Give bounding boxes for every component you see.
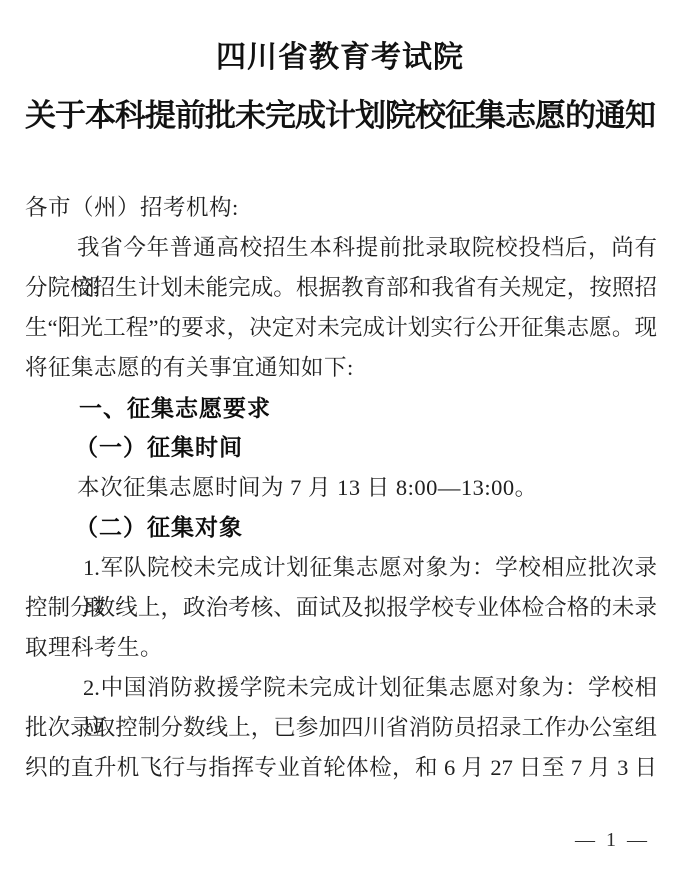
document-body: 各市（州）招考机构: 我省今年普通高校招生本科提前批录取院校投档后，尚有部 分院…: [25, 188, 657, 788]
paragraph-line: 我省今年普通高校招生本科提前批录取院校投档后，尚有部: [25, 228, 657, 268]
paragraph-line: 分院校招生计划未能完成。根据教育部和我省有关规定，按照招: [25, 268, 657, 308]
paragraph-line: 批次录取控制分数线上，已参加四川省消防员招录工作办公室组: [25, 708, 657, 748]
paragraph-line: 织的直升机飞行与指挥专业首轮体检，和 6 月 27 日至 7 月 3 日: [25, 748, 657, 788]
salutation-line: 各市（州）招考机构:: [25, 188, 657, 228]
paragraph-line: 控制分数线上，政治考核、面试及拟报学校专业体检合格的未录: [25, 588, 657, 628]
sub-heading: （二）征集对象: [25, 508, 657, 548]
paragraph-line: 本次征集志愿时间为 7 月 13 日 8:00—13:00。: [25, 468, 657, 508]
paragraph-line: 将征集志愿的有关事宜通知如下:: [25, 348, 657, 388]
page-number: — 1 —: [575, 826, 650, 854]
paragraph-line: 取理科考生。: [25, 628, 657, 668]
sub-heading: （一）征集时间: [25, 428, 657, 468]
numbered-paragraph-line: 2.中国消防救援学院未完成计划征集志愿对象为：学校相应: [25, 668, 657, 708]
document-page: 四川省教育考试院 关于本科提前批未完成计划院校征集志愿的通知 各市（州）招考机构…: [0, 0, 680, 874]
document-title: 四川省教育考试院: [0, 38, 680, 78]
section-heading: 一、征集志愿要求: [25, 388, 657, 428]
numbered-paragraph-line: 1.军队院校未完成计划征集志愿对象为：学校相应批次录取: [25, 548, 657, 588]
paragraph-line: 生“阳光工程”的要求，决定对未完成计划实行公开征集志愿。现: [25, 308, 657, 348]
document-subtitle: 关于本科提前批未完成计划院校征集志愿的通知: [0, 94, 680, 138]
